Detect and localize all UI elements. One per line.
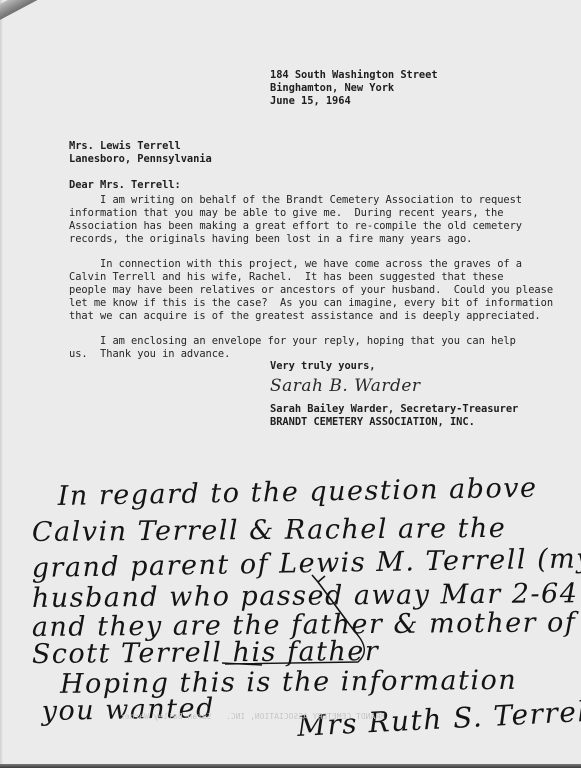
page-bottom-edge	[0, 764, 581, 768]
insertion-bracket	[225, 632, 364, 664]
arrow-head-icon	[312, 575, 325, 582]
insertion-arrow-line	[318, 582, 355, 632]
scanned-letter-page: 184 South Washington Street Binghamton, …	[0, 0, 581, 768]
handwritten-insertion-marks	[0, 0, 581, 768]
bleed-through-text: BRANDT CEMETERY ASSOCIATION, INC. Sarah …	[120, 712, 385, 721]
